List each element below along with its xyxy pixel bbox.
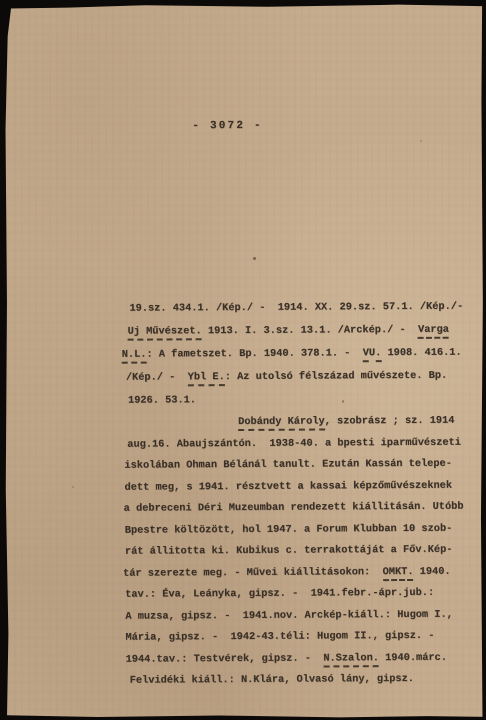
typewritten-text-layer: - 3072 - 19.sz. 434.1. /Kép./ - 1914. XX…	[0, 0, 486, 720]
scanned-page: - 3072 - 19.sz. 434.1. /Kép./ - 1914. XX…	[0, 0, 486, 720]
text-line: tav.: Éva, Leányka, gipsz. - 1941.febr.-…	[125, 583, 475, 607]
text-line: Uj Művészet. 1913. I. 3.sz. 13.1. /Arcké…	[128, 319, 473, 344]
text-line: Bpestre költözött, hol 1947. a Forum Klu…	[125, 518, 475, 542]
page-number: - 3072 -	[192, 120, 262, 132]
text-segment: dett meg, s 1941. résztvett a kassai kép…	[124, 479, 452, 493]
underlined-text: Dobándy Károly	[238, 415, 325, 431]
text-line: tár szerezte meg. - Művei kiállitásokon:…	[123, 561, 475, 585]
underlined-text: VU.	[363, 347, 382, 362]
paragraph-entry-dobandy-karoly: Dobándy Károly, szobrász ; sz. 1914aug.1…	[124, 411, 476, 693]
underlined-text: N.L.	[122, 349, 147, 364]
underlined-text: Ybl E.	[188, 371, 225, 386]
text-line: N.L.: A fametszet. Bp. 1940. 378.1. - VU…	[122, 342, 473, 367]
text-line: dett meg, s 1941. résztvett a kassai kép…	[124, 475, 474, 499]
text-line: aug.16. Abaujszántón. 1938-40. a bpesti …	[127, 432, 474, 456]
text-segment: aug.16. Abaujszántón. 1938-40. a bpesti …	[127, 436, 461, 450]
text-segment: rát állitotta ki. Kubikus c. terrakottáj…	[125, 544, 453, 558]
text-segment: A muzsa, gipsz. - 1941.nov. Arckép-kiáll…	[125, 608, 453, 622]
paper-speck	[72, 486, 74, 488]
text-segment: iskolában Ohman Bélánál tanult. Ezután K…	[124, 458, 452, 472]
text-segment: 1913. I. 3.sz. 13.1. /Arckép./ -	[202, 324, 418, 337]
text-segment: 1944.tav.: Testvérek, gipsz. -	[126, 652, 324, 665]
text-segment: 1926. 53.1.	[128, 394, 196, 406]
text-line: 19.sz. 434.1. /Kép./ - 1914. XX. 29.sz. …	[129, 296, 472, 321]
paper-speck	[253, 257, 256, 260]
underlined-text: Varga	[418, 324, 449, 339]
text-segment: tár szerezte meg. - Művei kiállitásokon:	[123, 566, 383, 580]
underlined-text: OMKT.	[383, 565, 414, 580]
text-segment: a debreceni Déri Muzeumban rendezett kiá…	[124, 501, 464, 515]
text-segment: Bpestre költözött, hol 1947. a Forum Klu…	[125, 522, 453, 536]
paper-speck	[420, 140, 422, 142]
text-segment: 1940.	[413, 565, 450, 577]
text-line: a debreceni Déri Muzeumban rendezett kiá…	[124, 497, 475, 521]
underlined-text: Uj Művészet.	[128, 325, 202, 340]
text-segment: Felvidéki kiáll.: N.Klára, Olvasó lány, …	[130, 673, 414, 687]
text-segment: , szobrász ; sz. 1914	[325, 415, 455, 428]
text-segment: : A fametszet. Bp. 1940. 378.1. -	[146, 347, 362, 360]
text-segment: tav.: Éva, Leányka, gipsz. - 1941.febr.-…	[125, 587, 434, 601]
text-segment: /Kép./ -	[126, 371, 188, 383]
text-line: rát állitotta ki. Kubikus c. terrakottáj…	[125, 540, 475, 564]
text-line: 1926. 53.1.	[128, 388, 473, 413]
underlined-text: N.Szalon.	[323, 652, 379, 667]
text-line: iskolában Ohman Bélánál tanult. Ezután K…	[124, 454, 474, 478]
paper-speck	[342, 400, 344, 403]
text-segment: : Az utolsó félszázad művészete. Bp.	[225, 370, 448, 383]
text-segment: 1940.márc.	[379, 651, 447, 663]
text-line: /Kép./ - Ybl E.: Az utolsó félszázad műv…	[126, 365, 473, 390]
text-line: Dobándy Károly, szobrász ; sz. 1914	[124, 411, 474, 435]
text-line: 1944.tav.: Testvérek, gipsz. - N.Szalon.…	[126, 647, 476, 671]
paragraph-bibliography-continuation: 19.sz. 434.1. /Kép./ - 1914. XX. 29.sz. …	[127, 296, 473, 413]
text-line: Felvidéki kiáll.: N.Klára, Olvasó lány, …	[130, 669, 476, 693]
text-line: A muzsa, gipsz. - 1941.nov. Arckép-kiáll…	[125, 604, 475, 628]
text-segment: 1908. 416.1.	[381, 347, 461, 359]
text-segment: Mária, gipsz. - 1942-43.téli: Hugom II.,…	[125, 630, 434, 644]
text-segment: 19.sz. 434.1. /Kép./ - 1914. XX. 29.sz. …	[129, 301, 463, 315]
text-line: Mária, gipsz. - 1942-43.téli: Hugom II.,…	[125, 626, 475, 650]
